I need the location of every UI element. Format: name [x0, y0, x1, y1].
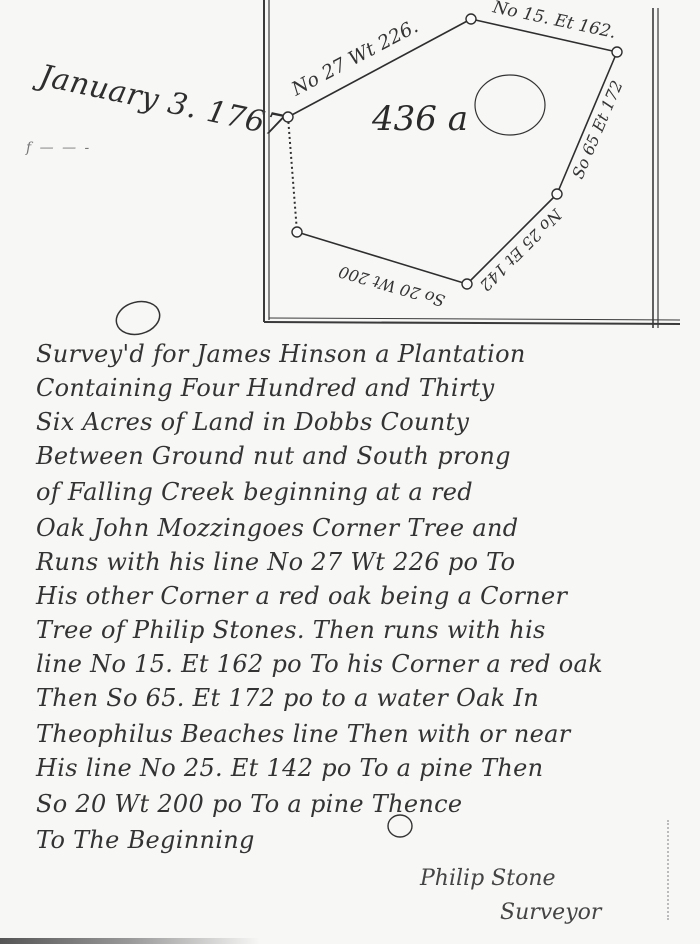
corner-marker: [292, 227, 302, 237]
boundary-call-e: So 65 Et 172: [568, 78, 626, 182]
scan-edge-shadow: [0, 938, 260, 944]
body-line: Then So 65. Et 172 po to a water Oak In: [36, 684, 539, 712]
body-line: Six Acres of Land in Dobbs County: [36, 408, 469, 436]
body-line: To The Beginning: [36, 826, 255, 854]
corner-markers: [283, 14, 622, 289]
body-line: Containing Four Hundred and Thirty: [36, 374, 494, 402]
corner-marker: [462, 279, 472, 289]
surveyor-signature: Philip Stone: [420, 866, 556, 891]
closing-flourish: [382, 808, 422, 844]
page-edge-dots: [667, 820, 671, 920]
body-line: Between Ground nut and South prong: [36, 442, 511, 470]
acreage-flourish: [475, 75, 545, 135]
survey-document-page: January 3. 1767 f — — -: [0, 0, 700, 944]
body-line: Runs with his line No 27 Wt 226 po To: [36, 548, 515, 576]
boundary-call-se: No 25 Et 142: [476, 204, 566, 294]
boundary-call-sw: So 20 Wt 200: [336, 262, 447, 310]
boundary-call-nw: No 27 Wt 226.: [287, 15, 422, 101]
surveyor-title: Surveyor: [500, 900, 601, 925]
boundary-call-n: No 15. Et 162.: [490, 0, 618, 43]
body-line: His other Corner a red oak being a Corne…: [36, 582, 567, 610]
body-line: line No 15. Et 162 po To his Corner a re…: [36, 650, 603, 678]
corner-marker: [612, 47, 622, 57]
body-line: His line No 25. Et 142 po To a pine Then: [36, 754, 543, 782]
body-line: Tree of Philip Stones. Then runs with hi…: [36, 616, 546, 644]
body-line: Survey'd for James Hinson a Plantation: [36, 340, 526, 368]
plat-diagram: No 27 Wt 226. No 15. Et 162. So 65 Et 17…: [0, 0, 700, 340]
initial-flourish: [108, 296, 168, 346]
body-line: Theophilus Beaches line Then with or nea…: [36, 720, 571, 748]
corner-marker: [283, 112, 293, 122]
body-line: Oak John Mozzingoes Corner Tree and: [36, 514, 518, 542]
corner-marker: [466, 14, 476, 24]
body-line: of Falling Creek beginning at a red: [36, 478, 473, 506]
plat-acreage: 436 a: [371, 99, 468, 139]
corner-marker: [552, 189, 562, 199]
